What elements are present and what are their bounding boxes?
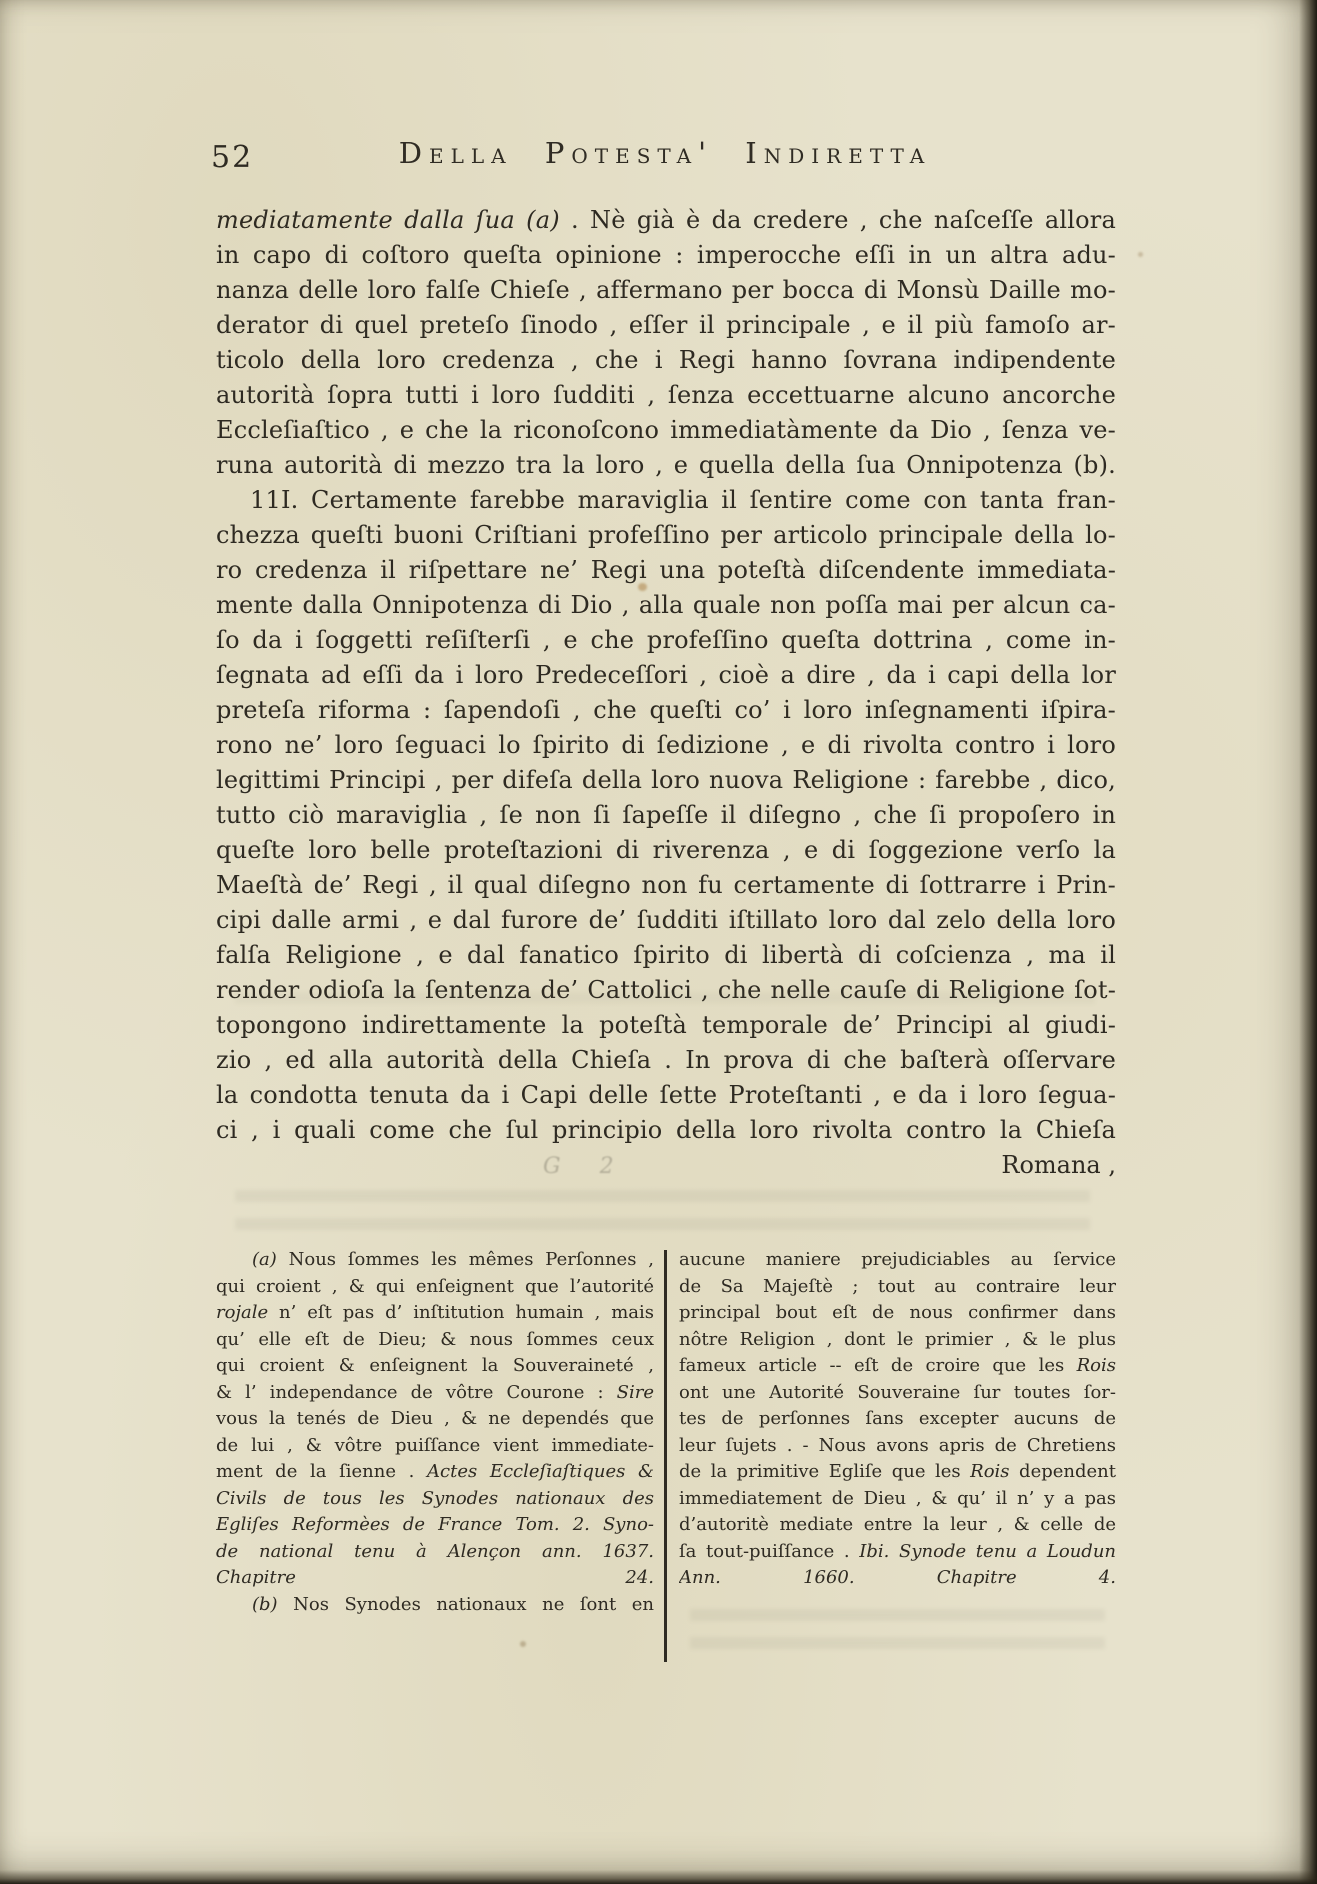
text-segment: de national tenu à Alençon ann. 1637. xyxy=(216,1541,654,1562)
footnote-line: & l’ independance de vôtre Courone : Sir… xyxy=(216,1380,654,1407)
footnote-line: immediatement de Dieu , & qu’ il n’ y a … xyxy=(679,1486,1116,1513)
text-segment: ſa tout-puiſſance . xyxy=(679,1541,859,1562)
footnote-column-right: aucune maniere prejudiciables au ſervice… xyxy=(679,1247,1116,1592)
text-segment: mediatamente dalla ſua (a) xyxy=(216,206,560,234)
text-segment: mente dalla Onnipotenza di Dio , alla qu… xyxy=(216,591,1116,619)
text-line: ſegnata ad eſſi da i loro Predeceſſori ,… xyxy=(216,658,1116,693)
text-segment: immediatement de Dieu , & qu’ il n’ y a … xyxy=(679,1488,1116,1509)
text-line: chezza queſti buoni Criſtiani profeſſino… xyxy=(216,518,1116,553)
show-through-ghost xyxy=(235,1183,1090,1241)
text-segment: Actes Eccleſiaſtiques & xyxy=(427,1461,654,1482)
text-line: mediatamente dalla ſua (a) . Nè già è da… xyxy=(216,203,1116,238)
text-segment: leur ſujets . - Nous avons apris de Chre… xyxy=(679,1435,1116,1456)
text-segment: Sire xyxy=(617,1382,654,1403)
text-segment: principal bout eſt de nous confirmer dan… xyxy=(679,1302,1116,1323)
foxing-spot xyxy=(1138,252,1143,257)
text-segment: qui croient , & qui enſeignent que l’aut… xyxy=(216,1276,654,1297)
text-segment: in capo di coſtoro queſta opinione : imp… xyxy=(216,241,1116,269)
text-segment: ticolo della loro credenza , che i Regi … xyxy=(216,346,1116,374)
footnote-line: vous la tenés de Dieu , & ne dependés qu… xyxy=(216,1406,654,1433)
text-line: 11I. Certamente farebbe maraviglia il ſe… xyxy=(216,483,1116,518)
text-segment: Egliſes Reformèes de France Tom. 2. Syno… xyxy=(216,1514,654,1535)
text-segment: ci , i quali come che ſul principio dell… xyxy=(216,1116,1116,1144)
text-segment: (a) xyxy=(252,1249,277,1270)
text-line: zio , ed alla autorità della Chieſa . In… xyxy=(216,1043,1116,1078)
footnote-line: qui croient & enſeignent la Souveraineté… xyxy=(216,1353,654,1380)
text-segment: & l’ independance de vôtre Courone : xyxy=(216,1382,617,1403)
text-segment: fameux article -- eſt de croire que les xyxy=(679,1355,1077,1376)
footnotes-block: (a) Nous ſommes les mêmes Perſonnes ,qui… xyxy=(216,1247,1116,1677)
footnote-line: principal bout eſt de nous confirmer dan… xyxy=(679,1300,1116,1327)
text-line: la condotta tenuta da i Capi delle ſette… xyxy=(216,1078,1116,1113)
footnote-line: ſa tout-puiſſance . Ibi. Synode tenu a L… xyxy=(679,1539,1116,1566)
footnote-line: tes de perſonnes ſans excepter aucuns de xyxy=(679,1406,1116,1433)
text-segment: la condotta tenuta da i Capi delle ſette… xyxy=(216,1081,1116,1109)
footnote-line: fameux article -- eſt de croire que les … xyxy=(679,1353,1116,1380)
text-segment: falſa Religione , e dal fanatico ſpirito… xyxy=(216,941,1116,969)
text-segment: Ann. 1660. Chapitre 4. xyxy=(679,1567,1116,1588)
text-segment: qu’ elle eſt de Dieu; & nous ſommes ceux xyxy=(216,1329,654,1350)
footnote-line: Ann. 1660. Chapitre 4. xyxy=(679,1565,1116,1592)
footnote-line: Chapitre 24. xyxy=(216,1565,654,1592)
book-page-scan: 52 Della Potesta' Indiretta mediatamente… xyxy=(0,0,1317,1884)
footnote-line: de Sa Majeſtè ; tout au contraire leur xyxy=(679,1274,1116,1301)
text-segment: de Sa Majeſtè ; tout au contraire leur xyxy=(679,1276,1116,1297)
text-segment: ſo da i ſoggetti reſiſterſi , e che prof… xyxy=(216,626,1116,654)
text-segment: zio , ed alla autorità della Chieſa . In… xyxy=(216,1046,1116,1074)
main-text-block: mediatamente dalla ſua (a) . Nè già è da… xyxy=(216,203,1116,1148)
footnote-line: nôtre Religion , dont le primier , & le … xyxy=(679,1327,1116,1354)
text-segment: legittimi Principi , per difeſa della lo… xyxy=(216,766,1116,794)
text-segment: autorità ſopra tutti i loro ſudditi , ſe… xyxy=(216,381,1116,409)
text-segment: chezza queſti buoni Criſtiani profeſſino… xyxy=(216,521,1116,549)
page-header: 52 Della Potesta' Indiretta xyxy=(215,136,1115,180)
text-segment: Eccleſiaſtico , e che la riconoſcono imm… xyxy=(216,416,1116,444)
text-line: tutto ciò maraviglia , ſe non ſi ſapeſſe… xyxy=(216,798,1116,833)
text-segment: n’ eſt pas d’ inſtitution humain , mais xyxy=(268,1302,654,1323)
footnote-line: de lui , & vôtre puiſſance vient immedia… xyxy=(216,1433,654,1460)
text-segment: rono ne’ loro ſeguaci lo ſpirito di ſedi… xyxy=(216,731,1116,759)
text-segment: de la primitive Egliſe que les xyxy=(679,1461,970,1482)
text-line: Eccleſiaſtico , e che la riconoſcono imm… xyxy=(216,413,1116,448)
footnote-line: ont une Autorité Souveraine ſur toutes ſ… xyxy=(679,1380,1116,1407)
text-segment: runa autorità di mezzo tra la loro , e q… xyxy=(216,451,1116,479)
footnote-line: qu’ elle eſt de Dieu; & nous ſommes ceux xyxy=(216,1327,654,1354)
footnote-line: (a) Nous ſommes les mêmes Perſonnes , xyxy=(216,1247,654,1274)
text-segment: ro credenza il riſpettare ne’ Regi una p… xyxy=(216,556,1116,584)
text-line: queſte loro belle proteſtazioni di river… xyxy=(216,833,1116,868)
text-segment: ont une Autorité Souveraine ſur toutes ſ… xyxy=(679,1382,1116,1403)
text-segment: qui croient & enſeignent la Souveraineté… xyxy=(216,1355,654,1376)
text-segment: Chapitre 24. xyxy=(216,1567,654,1588)
text-line: Maeſtà de’ Regi , il qual diſegno non fu… xyxy=(216,868,1116,903)
text-line: rono ne’ loro ſeguaci lo ſpirito di ſedi… xyxy=(216,728,1116,763)
text-segment: nanza delle loro falſe Chieſe , afferman… xyxy=(216,276,1116,304)
footnote-line: Egliſes Reformèes de France Tom. 2. Syno… xyxy=(216,1512,654,1539)
text-segment: Nos Synodes nationaux ne ſont en xyxy=(278,1594,654,1615)
text-segment: rojale xyxy=(216,1302,268,1323)
text-line: runa autorità di mezzo tra la loro , e q… xyxy=(216,448,1116,483)
footnote-line: (b) Nos Synodes nationaux ne ſont en xyxy=(216,1592,654,1619)
page-edge-bottom xyxy=(0,1870,1317,1884)
catchword: Romana , xyxy=(216,1148,1116,1183)
text-segment: Maeſtà de’ Regi , il qual diſegno non fu… xyxy=(216,871,1116,899)
text-line: ro credenza il riſpettare ne’ Regi una p… xyxy=(216,553,1116,588)
text-line: topongono indirettamente la poteſtà temp… xyxy=(216,1008,1116,1043)
page-edge-right xyxy=(1299,0,1317,1884)
text-segment: queſte loro belle proteſtazioni di river… xyxy=(216,836,1116,864)
text-segment: Civils de tous les Synodes nationaux des xyxy=(216,1488,654,1509)
footnote-line: qui croient , & qui enſeignent que l’aut… xyxy=(216,1274,654,1301)
text-segment: render odioſa la ſentenza de’ Cattolici … xyxy=(216,976,1116,1004)
text-line: in capo di coſtoro queſta opinione : imp… xyxy=(216,238,1116,273)
text-segment: cipi dalle armi , e dal furore de’ ſuddi… xyxy=(216,906,1116,934)
footnote-line: ment de la ſienne . Actes Eccleſiaſtique… xyxy=(216,1459,654,1486)
text-segment: d’autoritè mediate entre la leur , & cel… xyxy=(679,1514,1116,1535)
text-line: nanza delle loro falſe Chieſe , afferman… xyxy=(216,273,1116,308)
footnote-line: d’autoritè mediate entre la leur , & cel… xyxy=(679,1512,1116,1539)
text-segment: Rois xyxy=(1077,1355,1116,1376)
text-segment: 11I. Certamente farebbe maraviglia il ſe… xyxy=(250,486,1116,514)
text-segment: . Nè già è da credere , che naſceſſe all… xyxy=(560,206,1116,234)
footnote-line: Civils de tous les Synodes nationaux des xyxy=(216,1486,654,1513)
footnote-column-left: (a) Nous ſommes les mêmes Perſonnes ,qui… xyxy=(216,1247,654,1618)
text-line: derator di quel preteſo ſinodo , eſſer i… xyxy=(216,308,1116,343)
footnote-line: de national tenu à Alençon ann. 1637. xyxy=(216,1539,654,1566)
text-line: autorità ſopra tutti i loro ſudditi , ſe… xyxy=(216,378,1116,413)
text-segment: de lui , & vôtre puiſſance vient immedia… xyxy=(216,1435,654,1456)
text-segment: nôtre Religion , dont le primier , & le … xyxy=(679,1329,1116,1350)
text-segment: preteſa riforma : ſapendoſi , che queſti… xyxy=(216,696,1116,724)
footnote-column-divider xyxy=(664,1250,667,1662)
text-segment: ſegnata ad eſſi da i loro Predeceſſori ,… xyxy=(216,661,1116,689)
text-segment: dependent xyxy=(1010,1461,1116,1482)
text-line: legittimi Principi , per difeſa della lo… xyxy=(216,763,1116,798)
text-segment: Ibi. Synode tenu a Loudun xyxy=(859,1541,1116,1562)
text-line: mente dalla Onnipotenza di Dio , alla qu… xyxy=(216,588,1116,623)
text-segment: aucune maniere prejudiciables au ſervice xyxy=(679,1249,1116,1270)
text-line: cipi dalle armi , e dal furore de’ ſuddi… xyxy=(216,903,1116,938)
text-segment: Rois xyxy=(970,1461,1009,1482)
text-segment: Nous ſommes les mêmes Perſonnes , xyxy=(277,1249,654,1270)
text-segment: tutto ciò maraviglia , ſe non ſi ſapeſſe… xyxy=(216,801,1116,829)
text-segment: ment de la ſienne . xyxy=(216,1461,427,1482)
text-line: preteſa riforma : ſapendoſi , che queſti… xyxy=(216,693,1116,728)
text-segment: vous la tenés de Dieu , & ne dependés qu… xyxy=(216,1408,654,1429)
footnote-line: rojale n’ eſt pas d’ inſtitution humain … xyxy=(216,1300,654,1327)
footnote-line: aucune maniere prejudiciables au ſervice xyxy=(679,1247,1116,1274)
text-line: ſo da i ſoggetti reſiſterſi , e che prof… xyxy=(216,623,1116,658)
text-segment: topongono indirettamente la poteſtà temp… xyxy=(216,1011,1116,1039)
text-line: render odioſa la ſentenza de’ Cattolici … xyxy=(216,973,1116,1008)
running-title: Della Potesta' Indiretta xyxy=(215,136,1115,170)
text-line: falſa Religione , e dal fanatico ſpirito… xyxy=(216,938,1116,973)
footnote-line: de la primitive Egliſe que les Rois depe… xyxy=(679,1459,1116,1486)
footnote-line: leur ſujets . - Nous avons apris de Chre… xyxy=(679,1433,1116,1460)
text-segment: tes de perſonnes ſans excepter aucuns de xyxy=(679,1408,1116,1429)
text-line: ticolo della loro credenza , che i Regi … xyxy=(216,343,1116,378)
text-segment: (b) xyxy=(252,1594,278,1615)
text-segment: derator di quel preteſo ſinodo , eſſer i… xyxy=(216,311,1116,339)
text-line: ci , i quali come che ſul principio dell… xyxy=(216,1113,1116,1148)
